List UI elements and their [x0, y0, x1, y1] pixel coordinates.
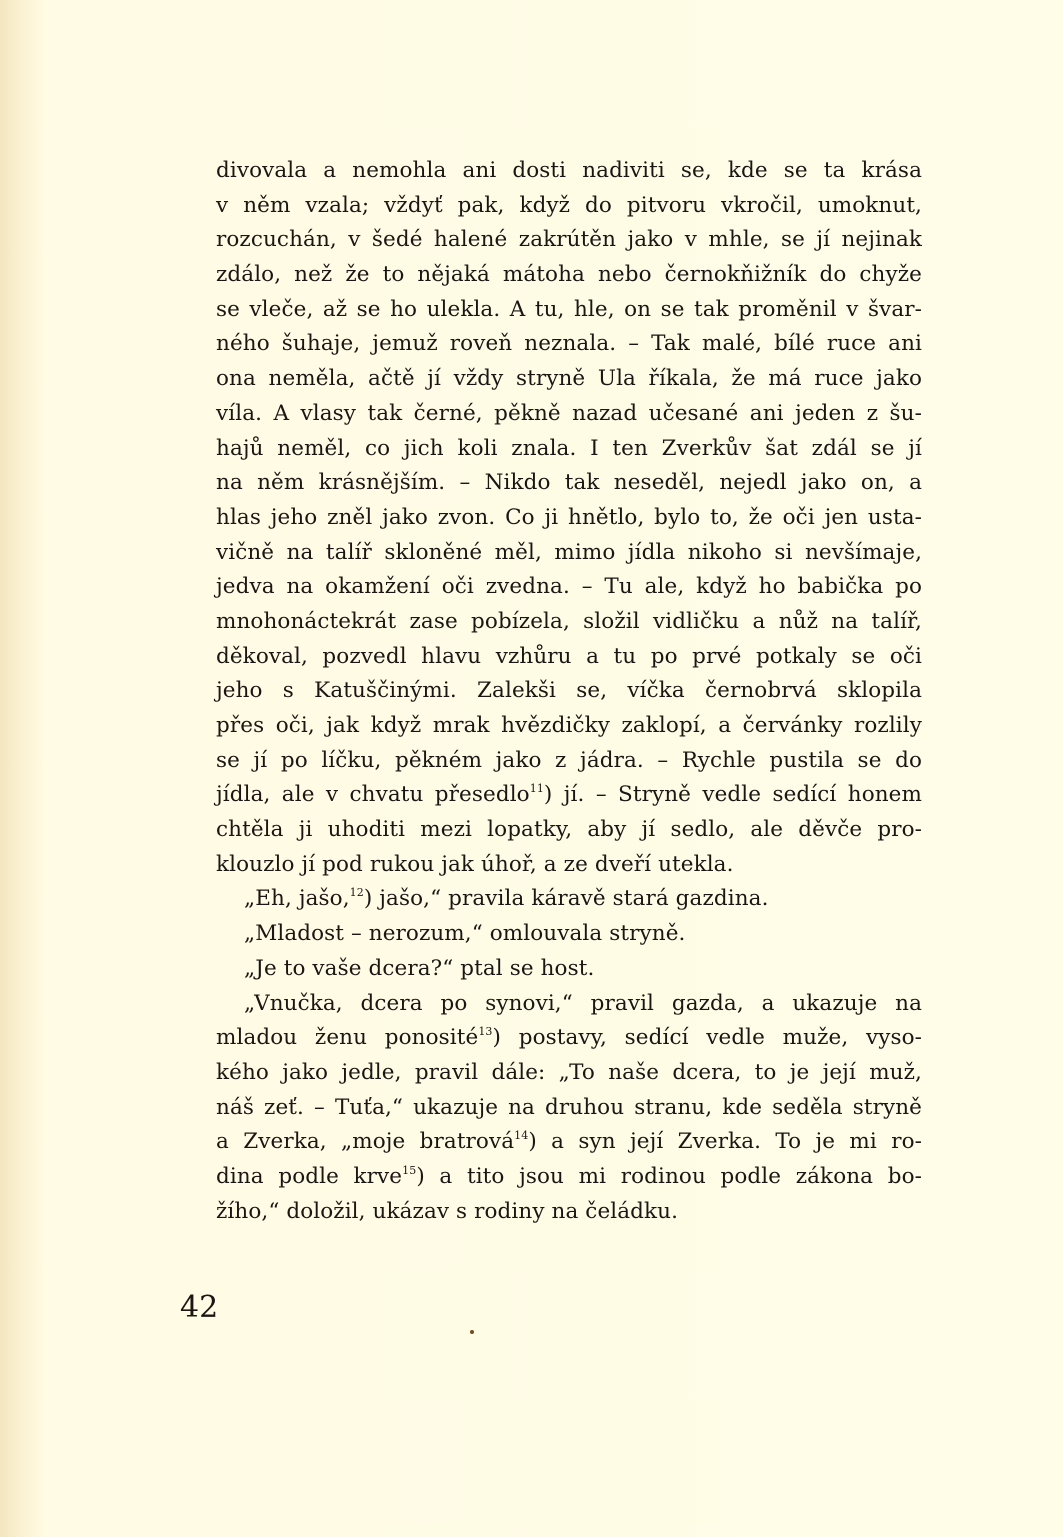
- text-line: ona neměla, ačtě jí vždy stryně Ula říka…: [216, 362, 922, 397]
- text-line: žího,“ doložil, ukázav s rodiny na čelád…: [216, 1195, 922, 1230]
- text-line: hajů neměl, co jich koli znala. I ten Zv…: [216, 432, 922, 467]
- dialogue-line: „Eh, jašo,12) jašo,“ pravila káravě star…: [216, 882, 922, 917]
- text-line: jedva na okamžení oči zvedna. – Tu ale, …: [216, 570, 922, 605]
- text-segment: jídla, ale v chvatu přesedlo: [216, 782, 530, 807]
- text-line: se jí po líčku, pěkném jako z jádra. – R…: [216, 744, 922, 779]
- text-line: divovala a nemohla ani dosti nadiviti se…: [216, 154, 922, 189]
- text-line: děkoval, pozvedl hlavu vzhůru a tu po pr…: [216, 640, 922, 675]
- text-line: chtěla ji uhoditi mezi lopatky, aby jí s…: [216, 813, 922, 848]
- text-line-with-footnote: a Zverka, „moje bratrová14) a syn její Z…: [216, 1125, 922, 1160]
- text-line: klouzlo jí pod rukou jak úhoř, a ze dveř…: [216, 848, 922, 883]
- text-line: přes oči, jak když mrak hvězdičky zaklop…: [216, 709, 922, 744]
- text-segment: a Zverka, „moje bratrová: [216, 1129, 514, 1154]
- text-segment: ) a tito jsou mi rodinou podle zákona bo…: [416, 1164, 922, 1189]
- dialogue-line: „Mladost – nerozum,“ omlouvala stryně.: [216, 917, 922, 952]
- footnote-ref: 14: [514, 1129, 528, 1142]
- text-line: mnohonáctekrát zase pobízela, složil vid…: [216, 605, 922, 640]
- text-line: zdálo, než že to nějaká mátoha nebo čern…: [216, 258, 922, 293]
- text-line: na něm krásnějším. – Nikdo tak neseděl, …: [216, 466, 922, 501]
- text-line-with-footnote: jídla, ale v chvatu přesedlo11) jí. – St…: [216, 778, 922, 813]
- text-segment: ) jí. – Stryně vedle sedící honem: [544, 782, 922, 807]
- text-line: ného šuhaje, jemuž roveň neznala. – Tak …: [216, 327, 922, 362]
- text-segment: ) jašo,“ pravila káravě stará gazdina.: [364, 886, 769, 911]
- text-line: víla. A vlasy tak černé, pěkně nazad uče…: [216, 397, 922, 432]
- footnote-ref: 13: [478, 1025, 492, 1038]
- footnote-ref: 11: [530, 782, 544, 795]
- text-line: vičně na talíř skloněné měl, mimo jídla …: [216, 536, 922, 571]
- text-segment: ) a syn její Zverka. To je mi ro-: [528, 1129, 922, 1154]
- book-page: divovala a nemohla ani dosti nadiviti se…: [0, 0, 1063, 1537]
- text-segment: „Eh, jašo,: [244, 886, 350, 911]
- text-line: hlas jeho zněl jako zvon. Co ji hnětlo, …: [216, 501, 922, 536]
- body-text: divovala a nemohla ani dosti nadiviti se…: [216, 154, 922, 1229]
- text-line-with-footnote: mladou ženu ponosité13) postavy, sedící …: [216, 1021, 922, 1056]
- text-line: jeho s Katuščinými. Zalekši se, víčka če…: [216, 674, 922, 709]
- text-segment: ) postavy, sedící vedle muže, vyso-: [493, 1025, 922, 1050]
- text-line: se vleče, až se ho ulekla. A tu, hle, on…: [216, 293, 922, 328]
- dialogue-line: „Je to vaše dcera?“ ptal se host.: [216, 952, 922, 987]
- footnote-ref: 12: [350, 886, 364, 899]
- dialogue-line: „Vnučka, dcera po synovi,“ pravil gazda,…: [216, 987, 922, 1022]
- text-line-with-footnote: dina podle krve15) a tito jsou mi rodino…: [216, 1160, 922, 1195]
- page-number: 42: [180, 1290, 218, 1325]
- text-line: v něm vzala; vždyť pak, když do pitvoru …: [216, 189, 922, 224]
- text-line: rozcuchán, v šedé halené zakrútěn jako v…: [216, 223, 922, 258]
- footnote-ref: 15: [402, 1164, 416, 1177]
- text-segment: dina podle krve: [216, 1164, 402, 1189]
- text-line: kého jako jedle, pravil dále: „To naše d…: [216, 1056, 922, 1091]
- paper-speck: [470, 1330, 474, 1334]
- text-line: náš zeť. – Tuťa,“ ukazuje na druhou stra…: [216, 1091, 922, 1126]
- text-segment: mladou ženu ponosité: [216, 1025, 478, 1050]
